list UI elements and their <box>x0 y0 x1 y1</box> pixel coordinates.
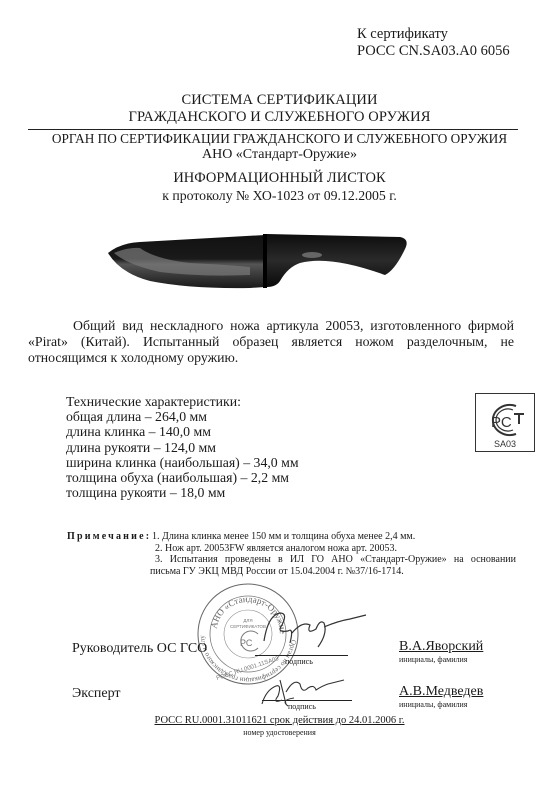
signature-line <box>255 655 348 656</box>
certificate-number: РОСС RU.0001.31011621 срок действия до 2… <box>0 715 559 726</box>
document-title: ИНФОРМАЦИОННЫЙ ЛИСТОК к протоколу № ХО-1… <box>0 170 559 204</box>
reference-line2: РОСС CN.SA03.A0 6056 <box>357 43 510 60</box>
organ-line2: АНО «Стандарт-Оружие» <box>0 147 559 163</box>
svg-text:РС: РС <box>240 638 253 648</box>
system-line2: ГРАЖДАНСКОГО И СЛУЖЕБНОГО ОРУЖИЯ <box>0 109 559 126</box>
spec-item: общая длина – 264,0 мм <box>66 409 299 424</box>
spec-item: толщина рукояти – 18,0 мм <box>66 485 299 500</box>
signatory-role: Эксперт <box>72 686 121 702</box>
spec-item: ширина клинка (наибольшая) – 34,0 мм <box>66 455 299 470</box>
technical-specs: Технические характеристики: общая длина … <box>66 394 299 500</box>
svg-text:SA03: SA03 <box>494 439 516 449</box>
notes-label: Примечание: <box>67 531 151 542</box>
certificate-reference: К сертификату РОСС CN.SA03.A0 6056 <box>357 26 510 60</box>
handwritten-signature <box>258 603 368 655</box>
system-line1: СИСТЕМА СЕРТИФИКАЦИИ <box>0 92 559 109</box>
svg-text:РС: РС <box>491 414 512 431</box>
name-caption: инициалы, фамилия <box>399 655 467 664</box>
note-item: письма ГУ ЭКЦ МВД России от 15.04.2004 г… <box>150 566 516 578</box>
description-text: Общий вид нескладного ножа артикула 2005… <box>28 318 514 366</box>
certificate-caption: номер удостоверения <box>0 728 559 737</box>
handwritten-signature <box>258 670 348 710</box>
signatory-name: В.А.Яворский <box>399 639 483 655</box>
svg-text:ДЛЯ: ДЛЯ <box>243 618 252 623</box>
system-header: СИСТЕМА СЕРТИФИКАЦИИ ГРАЖДАНСКОГО И СЛУЖ… <box>0 92 559 126</box>
signatory-role: Руководитель ОС ГСО <box>72 641 207 657</box>
description: Общий вид нескладного ножа артикула 2005… <box>28 318 514 366</box>
title-sub: к протоколу № ХО-1023 от 09.12.2005 г. <box>0 187 559 204</box>
spec-item: толщина обуха (наибольшая) – 2,2 мм <box>66 470 299 485</box>
specs-heading: Технические характеристики: <box>66 394 299 409</box>
note-item: 2. Нож арт. 20053FW является аналогом но… <box>150 543 516 555</box>
name-caption: инициалы, фамилия <box>399 700 467 709</box>
signature-caption: подпись <box>285 657 313 666</box>
signatory-name: А.В.Медведев <box>399 684 483 700</box>
reference-line1: К сертификату <box>357 26 510 43</box>
certification-mark: РС SA03 <box>475 393 535 452</box>
title-main: ИНФОРМАЦИОННЫЙ ЛИСТОК <box>0 170 559 187</box>
rst-logo-icon: РС SA03 <box>476 394 534 451</box>
spec-item: длина рукояти – 124,0 мм <box>66 440 299 455</box>
organ-line1: ОРГАН ПО СЕРТИФИКАЦИИ ГРАЖДАНСКОГО И СЛУ… <box>0 131 559 147</box>
note-item: 1. Длина клинка менее 150 мм и толщина о… <box>150 531 516 543</box>
note-item: 3. Испытания проведены в ИЛ ГО АНО «Стан… <box>150 554 516 566</box>
notes-list: 1. Длина клинка менее 150 мм и толщина о… <box>150 531 516 577</box>
organ-header: ОРГАН ПО СЕРТИФИКАЦИИ ГРАЖДАНСКОГО И СЛУ… <box>0 131 559 163</box>
spec-item: длина клинка – 140,0 мм <box>66 424 299 439</box>
knife-photo <box>100 215 430 295</box>
